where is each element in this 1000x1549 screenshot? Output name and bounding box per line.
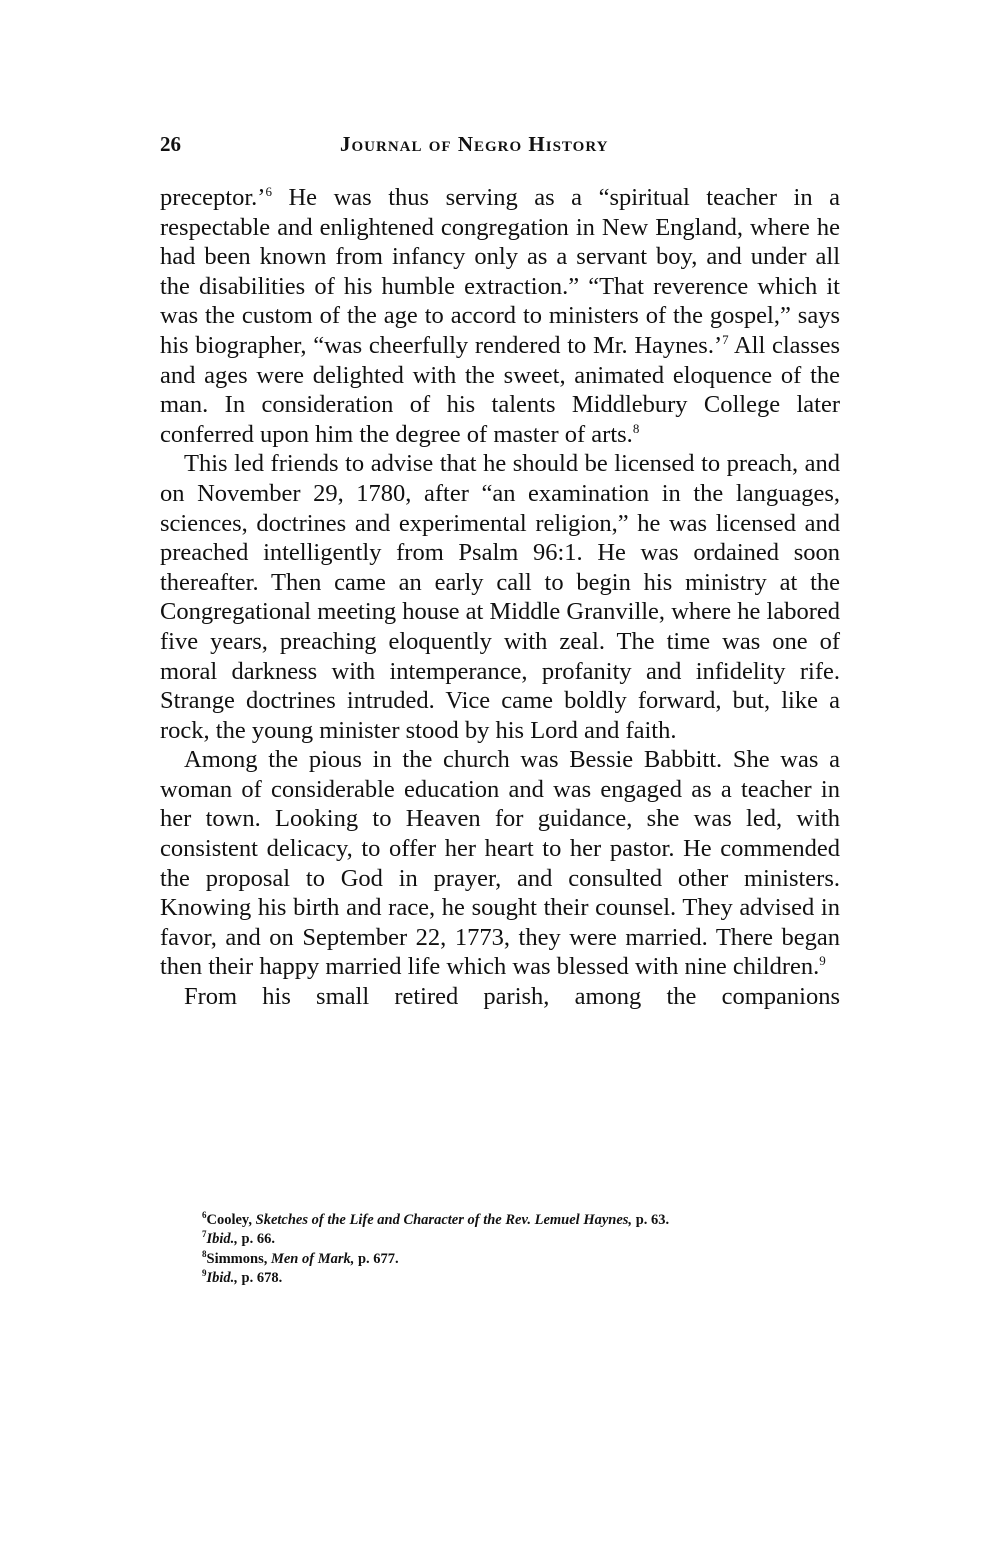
paragraph-3: Among the pious in the church was Bessie… [160, 745, 840, 982]
footnote-9: 9Ibid., p. 678. [160, 1269, 840, 1288]
footnote-title: Ibid., [207, 1270, 238, 1286]
page-number: 26 [160, 132, 181, 157]
text-run: preceptor.’ [160, 184, 265, 211]
footnote-page: p. 677. [354, 1251, 398, 1267]
footnote-ref-9: 9 [819, 953, 826, 968]
footnote-title: Men of Mark, [271, 1251, 354, 1267]
footnote-7: 7Ibid., p. 66. [160, 1230, 840, 1249]
footnote-page: p. 63. [632, 1212, 669, 1228]
text-run: This led friends to advise that he shoul… [160, 450, 840, 743]
footnote-title: Ibid., [207, 1231, 238, 1247]
paragraph-1: preceptor.’6 He was thus serving as a “s… [160, 183, 840, 449]
page-header: 26 Journal of Negro History [160, 132, 840, 162]
text-run: From his small retired parish, among the… [184, 983, 840, 1010]
footnote-author: Simmons, [207, 1251, 271, 1267]
paragraph-2: This led friends to advise that he shoul… [160, 449, 840, 745]
footnote-page: p. 66. [238, 1231, 275, 1247]
footnote-title: Sketches of the Life and Character of th… [256, 1212, 632, 1228]
footnote-8: 8Simmons, Men of Mark, p. 677. [160, 1250, 840, 1269]
footnote-author: Cooley, [207, 1212, 256, 1228]
text-run: Among the pious in the church was Bessie… [160, 746, 840, 980]
footnotes: 6Cooley, Sketches of the Life and Charac… [160, 1211, 840, 1289]
paragraph-4: From his small retired parish, among the… [160, 982, 840, 1012]
footnote-page: p. 678. [238, 1270, 282, 1286]
footnote-ref-8: 8 [633, 421, 640, 436]
running-title: Journal of Negro History [340, 132, 608, 157]
footnote-6: 6Cooley, Sketches of the Life and Charac… [160, 1211, 840, 1230]
body-text: preceptor.’6 He was thus serving as a “s… [160, 183, 840, 1012]
